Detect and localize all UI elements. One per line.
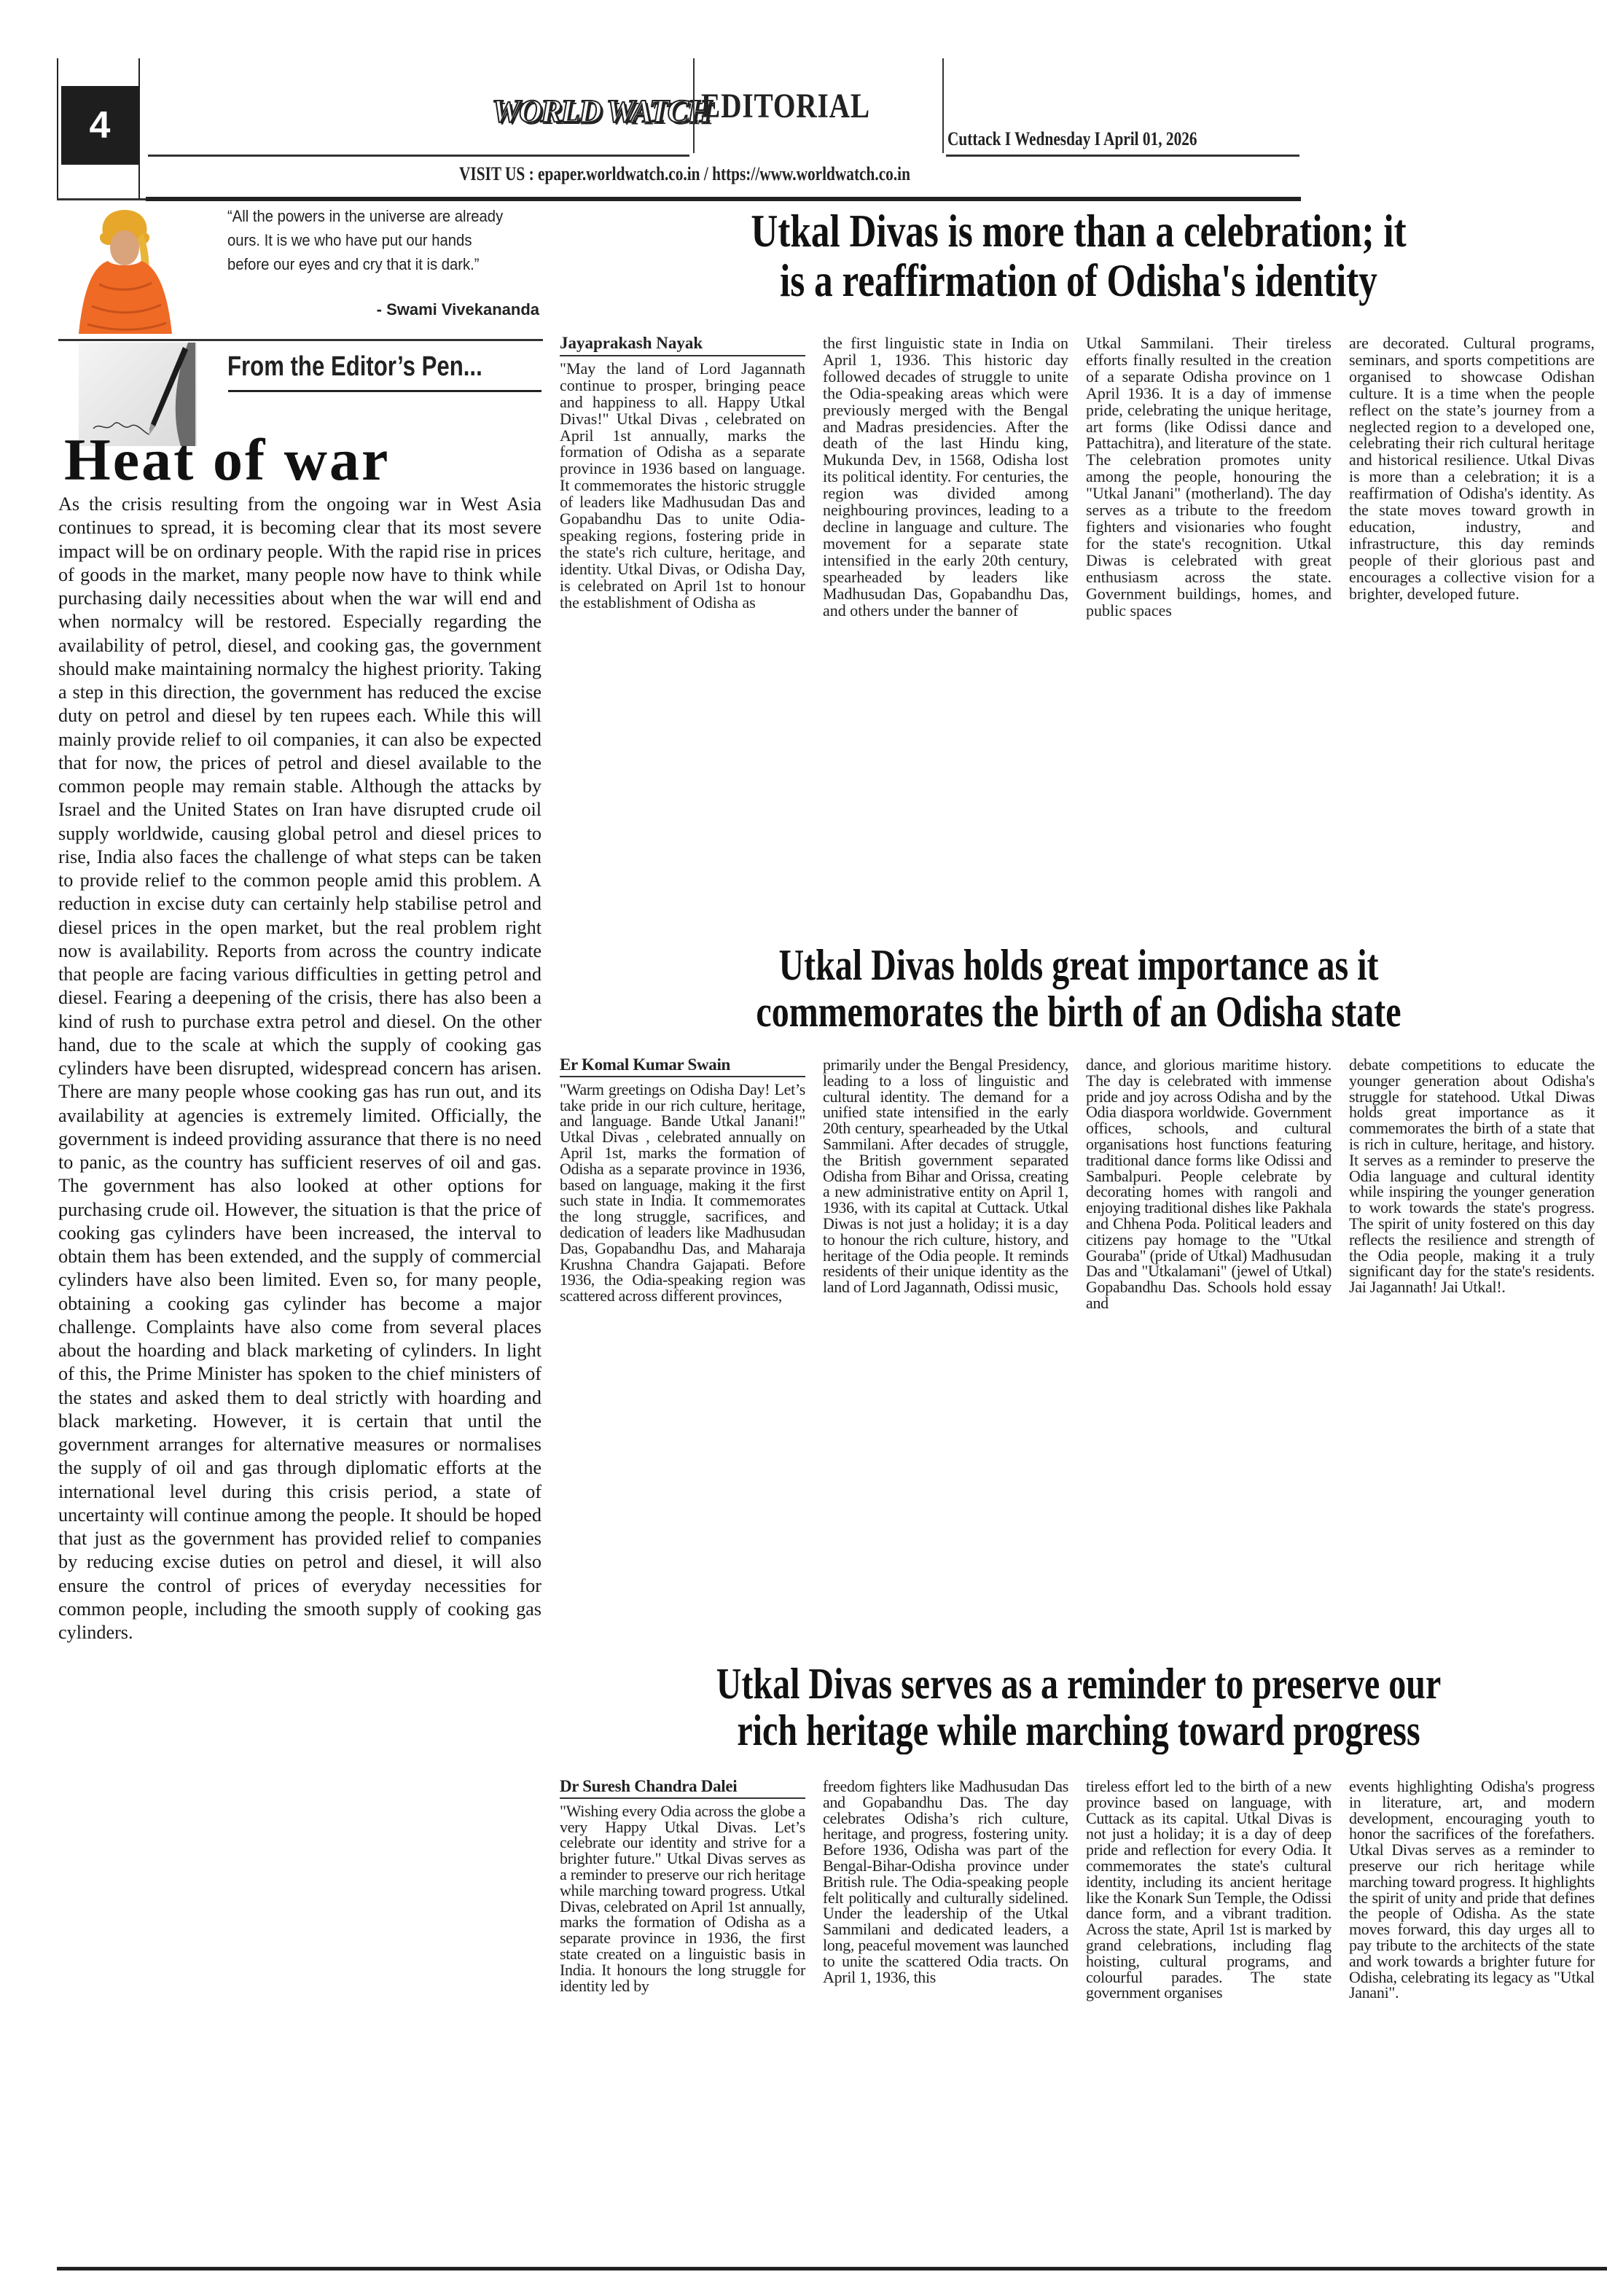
section-label: EDITORIAL bbox=[701, 86, 870, 126]
column-text: are decorated. Cultural programs, semina… bbox=[1349, 335, 1595, 603]
masthead-divider bbox=[693, 58, 695, 153]
column-text: "Wishing every Odia across the globe a v… bbox=[560, 1803, 805, 1994]
masthead-divider bbox=[942, 58, 944, 153]
column-text: "May the land of Lord Jagannath continue… bbox=[560, 361, 805, 612]
article-column: tireless effort led to the birth of a ne… bbox=[1086, 1778, 1332, 2260]
article-column: events highlighting Odisha's progress in… bbox=[1349, 1778, 1595, 2260]
headline-line: Utkal Divas is more than a celebration; … bbox=[659, 206, 1498, 256]
quote-text: “All the powers in the universe are alre… bbox=[227, 204, 509, 276]
column-text: debate competitions to educate the young… bbox=[1349, 1057, 1595, 1295]
editorial-headline: Heat of war bbox=[64, 430, 390, 490]
column-text: the first linguistic state in India on A… bbox=[823, 335, 1068, 619]
article-byline: Er Komal Kumar Swain bbox=[560, 1057, 805, 1077]
masthead-rule bbox=[138, 58, 140, 198]
editors-pen-underline bbox=[228, 390, 541, 392]
column-text: dance, and glorious maritime history. Th… bbox=[1086, 1057, 1332, 1311]
section-divider bbox=[58, 339, 543, 341]
article-column: debate competitions to educate the young… bbox=[1349, 1057, 1595, 1662]
article-column: dance, and glorious maritime history. Th… bbox=[1086, 1057, 1332, 1662]
article-columns: Dr Suresh Chandra Dalei "Wishing every O… bbox=[560, 1778, 1595, 2260]
article-column: the first linguistic state in India on A… bbox=[823, 335, 1068, 948]
masthead-rule bbox=[57, 58, 58, 198]
dateline: Cuttack I Wednesday I April 01, 2026 bbox=[947, 128, 1197, 150]
masthead-rule bbox=[148, 155, 689, 157]
portrait-icon bbox=[70, 204, 179, 335]
masthead-bottom-rule bbox=[146, 197, 1301, 201]
article-column: Dr Suresh Chandra Dalei "Wishing every O… bbox=[560, 1778, 805, 2260]
article-byline: Jayaprakash Nayak bbox=[560, 335, 805, 356]
headline-line: Utkal Divas holds great importance as it bbox=[659, 942, 1498, 988]
column-text: Utkal Sammilani. Their tireless efforts … bbox=[1086, 335, 1332, 619]
visit-us-line: VISIT US : epaper.worldwatch.co.in / htt… bbox=[459, 163, 910, 185]
article-column: primarily under the Bengal Presidency, l… bbox=[823, 1057, 1068, 1662]
headline-line: commemorates the birth of an Odisha stat… bbox=[659, 988, 1498, 1035]
article-columns: Er Komal Kumar Swain "Warm greetings on … bbox=[560, 1057, 1595, 1662]
article-columns: Jayaprakash Nayak "May the land of Lord … bbox=[560, 335, 1595, 948]
article-column: Utkal Sammilani. Their tireless efforts … bbox=[1086, 335, 1332, 948]
masthead-rule bbox=[946, 155, 1299, 157]
page-footer-rule bbox=[57, 2267, 1607, 2270]
page-number: 4 bbox=[61, 86, 138, 165]
world-watch-logo: WORLD WATCH bbox=[510, 77, 692, 146]
column-text: freedom fighters like Madhusudan Das and… bbox=[823, 1778, 1068, 1985]
headline-line: is a reaffirmation of Odisha's identity bbox=[659, 256, 1498, 305]
column-text: "Warm greetings on Odisha Day! Let’s tak… bbox=[560, 1082, 805, 1304]
article-byline: Dr Suresh Chandra Dalei bbox=[560, 1778, 805, 1799]
article-column: freedom fighters like Madhusudan Das and… bbox=[823, 1778, 1068, 2260]
masthead-rule bbox=[57, 198, 148, 200]
article-headline: Utkal Divas holds great importance as it… bbox=[659, 942, 1498, 1035]
article-headline: Utkal Divas is more than a celebration; … bbox=[659, 206, 1498, 306]
column-text: tireless effort led to the birth of a ne… bbox=[1086, 1778, 1332, 2001]
article-column: Jayaprakash Nayak "May the land of Lord … bbox=[560, 335, 805, 948]
editors-pen-title: From the Editor’s Pen... bbox=[227, 351, 482, 386]
column-text: events highlighting Odisha's progress in… bbox=[1349, 1778, 1595, 2001]
article-column: are decorated. Cultural programs, semina… bbox=[1349, 335, 1595, 948]
vivekananda-portrait bbox=[70, 204, 179, 335]
column-text: primarily under the Bengal Presidency, l… bbox=[823, 1057, 1068, 1295]
headline-line: rich heritage while marching toward prog… bbox=[659, 1707, 1498, 1754]
article-column: Er Komal Kumar Swain "Warm greetings on … bbox=[560, 1057, 805, 1662]
quote-author: - Swami Vivekananda bbox=[219, 300, 539, 319]
headline-line: Utkal Divas serves as a reminder to pres… bbox=[659, 1660, 1498, 1707]
editorial-body: As the crisis resulting from the ongoing… bbox=[58, 493, 541, 1644]
article-headline: Utkal Divas serves as a reminder to pres… bbox=[659, 1660, 1498, 1754]
